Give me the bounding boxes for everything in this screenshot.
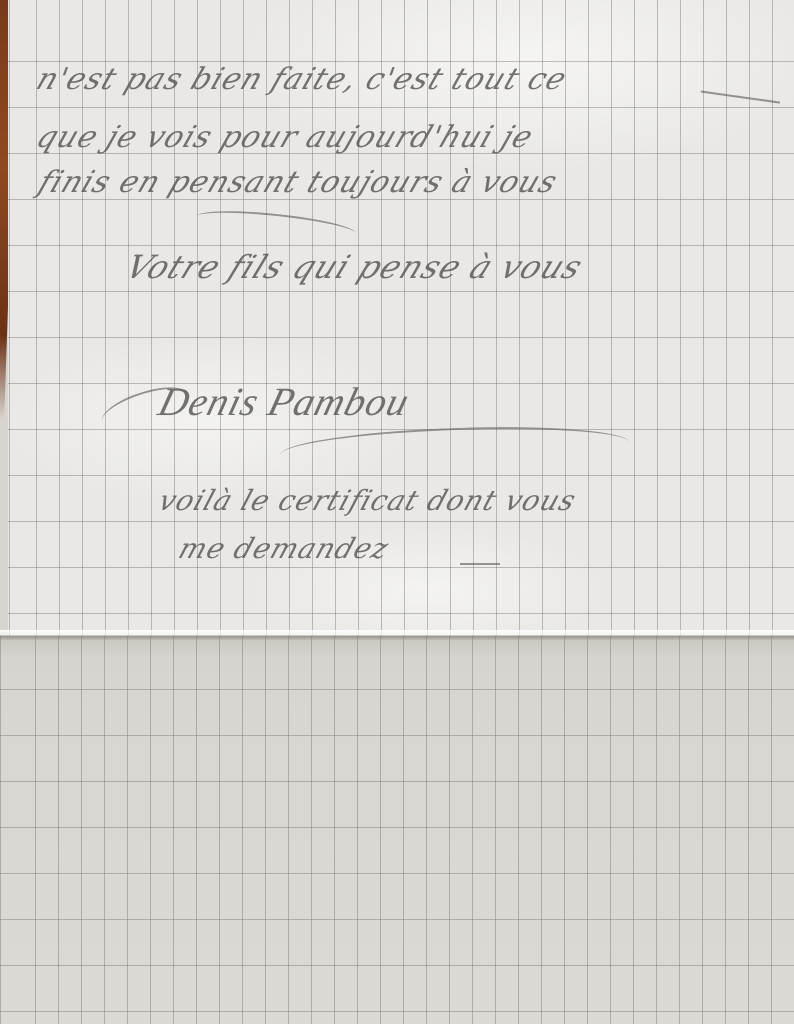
postscript-end-dash xyxy=(460,563,500,569)
letter-photo: n'est pas bien faite, c'est tout ce que … xyxy=(0,0,794,1024)
letter-closing: Votre fils qui pense à vous xyxy=(120,248,589,286)
paper-fold xyxy=(0,630,794,640)
letter-body-line-1: n'est pas bien faite, c'est tout ce xyxy=(32,62,572,97)
postscript-line-1: voilà le certificat dont vous xyxy=(155,484,581,517)
letter-body-line-2: que je vois pour aujourd'hui je xyxy=(32,120,539,155)
letter-signature: Denis Pambou xyxy=(154,378,415,425)
paper-grid xyxy=(0,636,794,1024)
letter-body-line-3: finis en pensant toujours à vous xyxy=(34,165,563,200)
paper-lower-half xyxy=(0,636,794,1024)
postscript-line-2: me demandez xyxy=(175,532,394,565)
